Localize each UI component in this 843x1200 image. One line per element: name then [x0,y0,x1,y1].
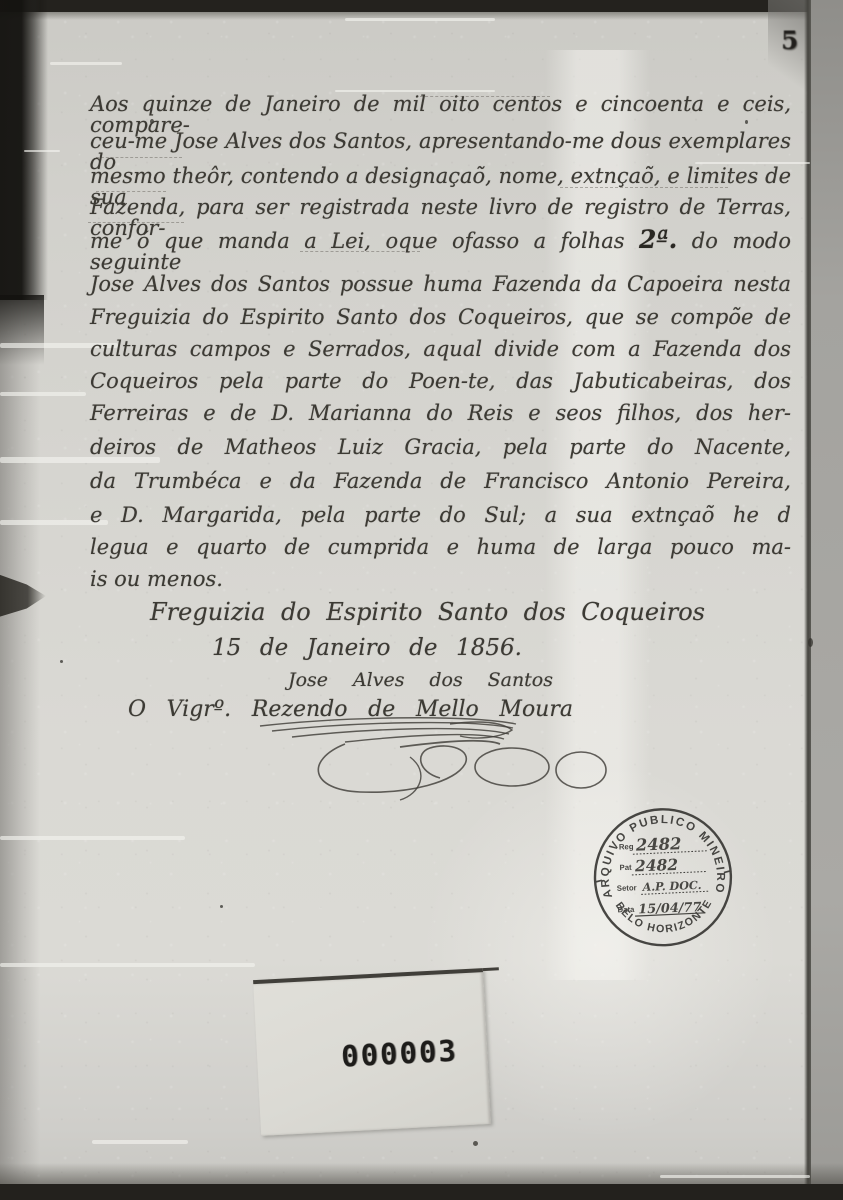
folio-number: 5 [781,26,798,55]
scanned-document-page: 5 Aos quinze de Janeiro de mil oito cent… [0,0,843,1200]
manuscript-line: Coqueiros pela parte do Poen-te, das Jab… [90,371,791,392]
closing-date-line: 15 de Janeiro de 1856. [212,637,522,660]
scratch-mark [660,1175,810,1178]
scan-edge-top [0,0,843,12]
scratch-mark [50,62,122,65]
manuscript-line: legua e quarto de cumprida e huma de lar… [90,537,791,558]
ink-speck [60,660,63,663]
manuscript-line: Freguizia do Espirito Santo dos Coqueiro… [90,307,791,328]
stamp-field-value-reg: 2482 [635,834,682,855]
numbered-label-card: 000003 [253,968,491,1136]
manuscript-line: deiros de Matheos Luiz Gracia, pela part… [90,437,791,458]
scratch-mark [0,963,255,967]
scratch-mark [0,836,185,840]
scan-edge-bottom [0,1184,843,1200]
manuscript-line: is ou menos. [90,569,791,590]
ink-speck [220,905,223,908]
binding-band-right [811,0,843,1200]
manuscript-line: da Trumbéca e da Fazenda de Francisco An… [90,471,791,492]
manuscript-line: me ó que manda a Lei, oque ofasso a folh… [90,227,791,273]
stamp-field-label-data: Data [617,905,635,915]
signature-flourish [250,712,620,802]
folio-reference-emphasis: 2ª. [639,225,677,254]
binding-crease-line [804,0,811,1200]
manuscript-line: Ferreiras e de D. Marianna do Reis e seo… [90,403,791,424]
stamp-field-label-pat: Pat [619,863,632,872]
scratch-mark [92,1140,188,1144]
scratch-mark [24,150,60,152]
ink-speck [473,1141,478,1146]
archive-stamp: ARQUIVO PUBLICO MINEIRO BELO HORIZONTE R… [572,790,754,968]
signature-jose-alves: Jose Alves dos Santos [288,671,553,690]
stamp-fields: Reg 2482 Pat 2482 Setor A.P. DOC. Data 1… [615,833,711,918]
manuscript-line: culturas campos e Serrados, aqual divide… [90,339,791,360]
scratch-mark [345,18,495,21]
label-number: 000003 [340,1034,458,1074]
scratch-mark [0,392,86,396]
scan-edge-bottom-shadow [0,1163,843,1184]
stamp-field-label-reg: Reg [619,842,634,852]
dark-corner-top-left-fade [0,295,44,365]
closing-place-line: Freguizia do Espirito Santo dos Coqueiro… [150,600,705,624]
ink-speck [808,638,813,647]
manuscript-line: e D. Margarida, pela parte do Sul; a sua… [90,505,791,526]
manuscript-line: Jose Alves dos Santos possue huma Fazend… [90,274,791,295]
stamp-field-value-pat: 2482 [634,855,679,876]
stamp-field-label-setor: Setor [617,883,637,893]
